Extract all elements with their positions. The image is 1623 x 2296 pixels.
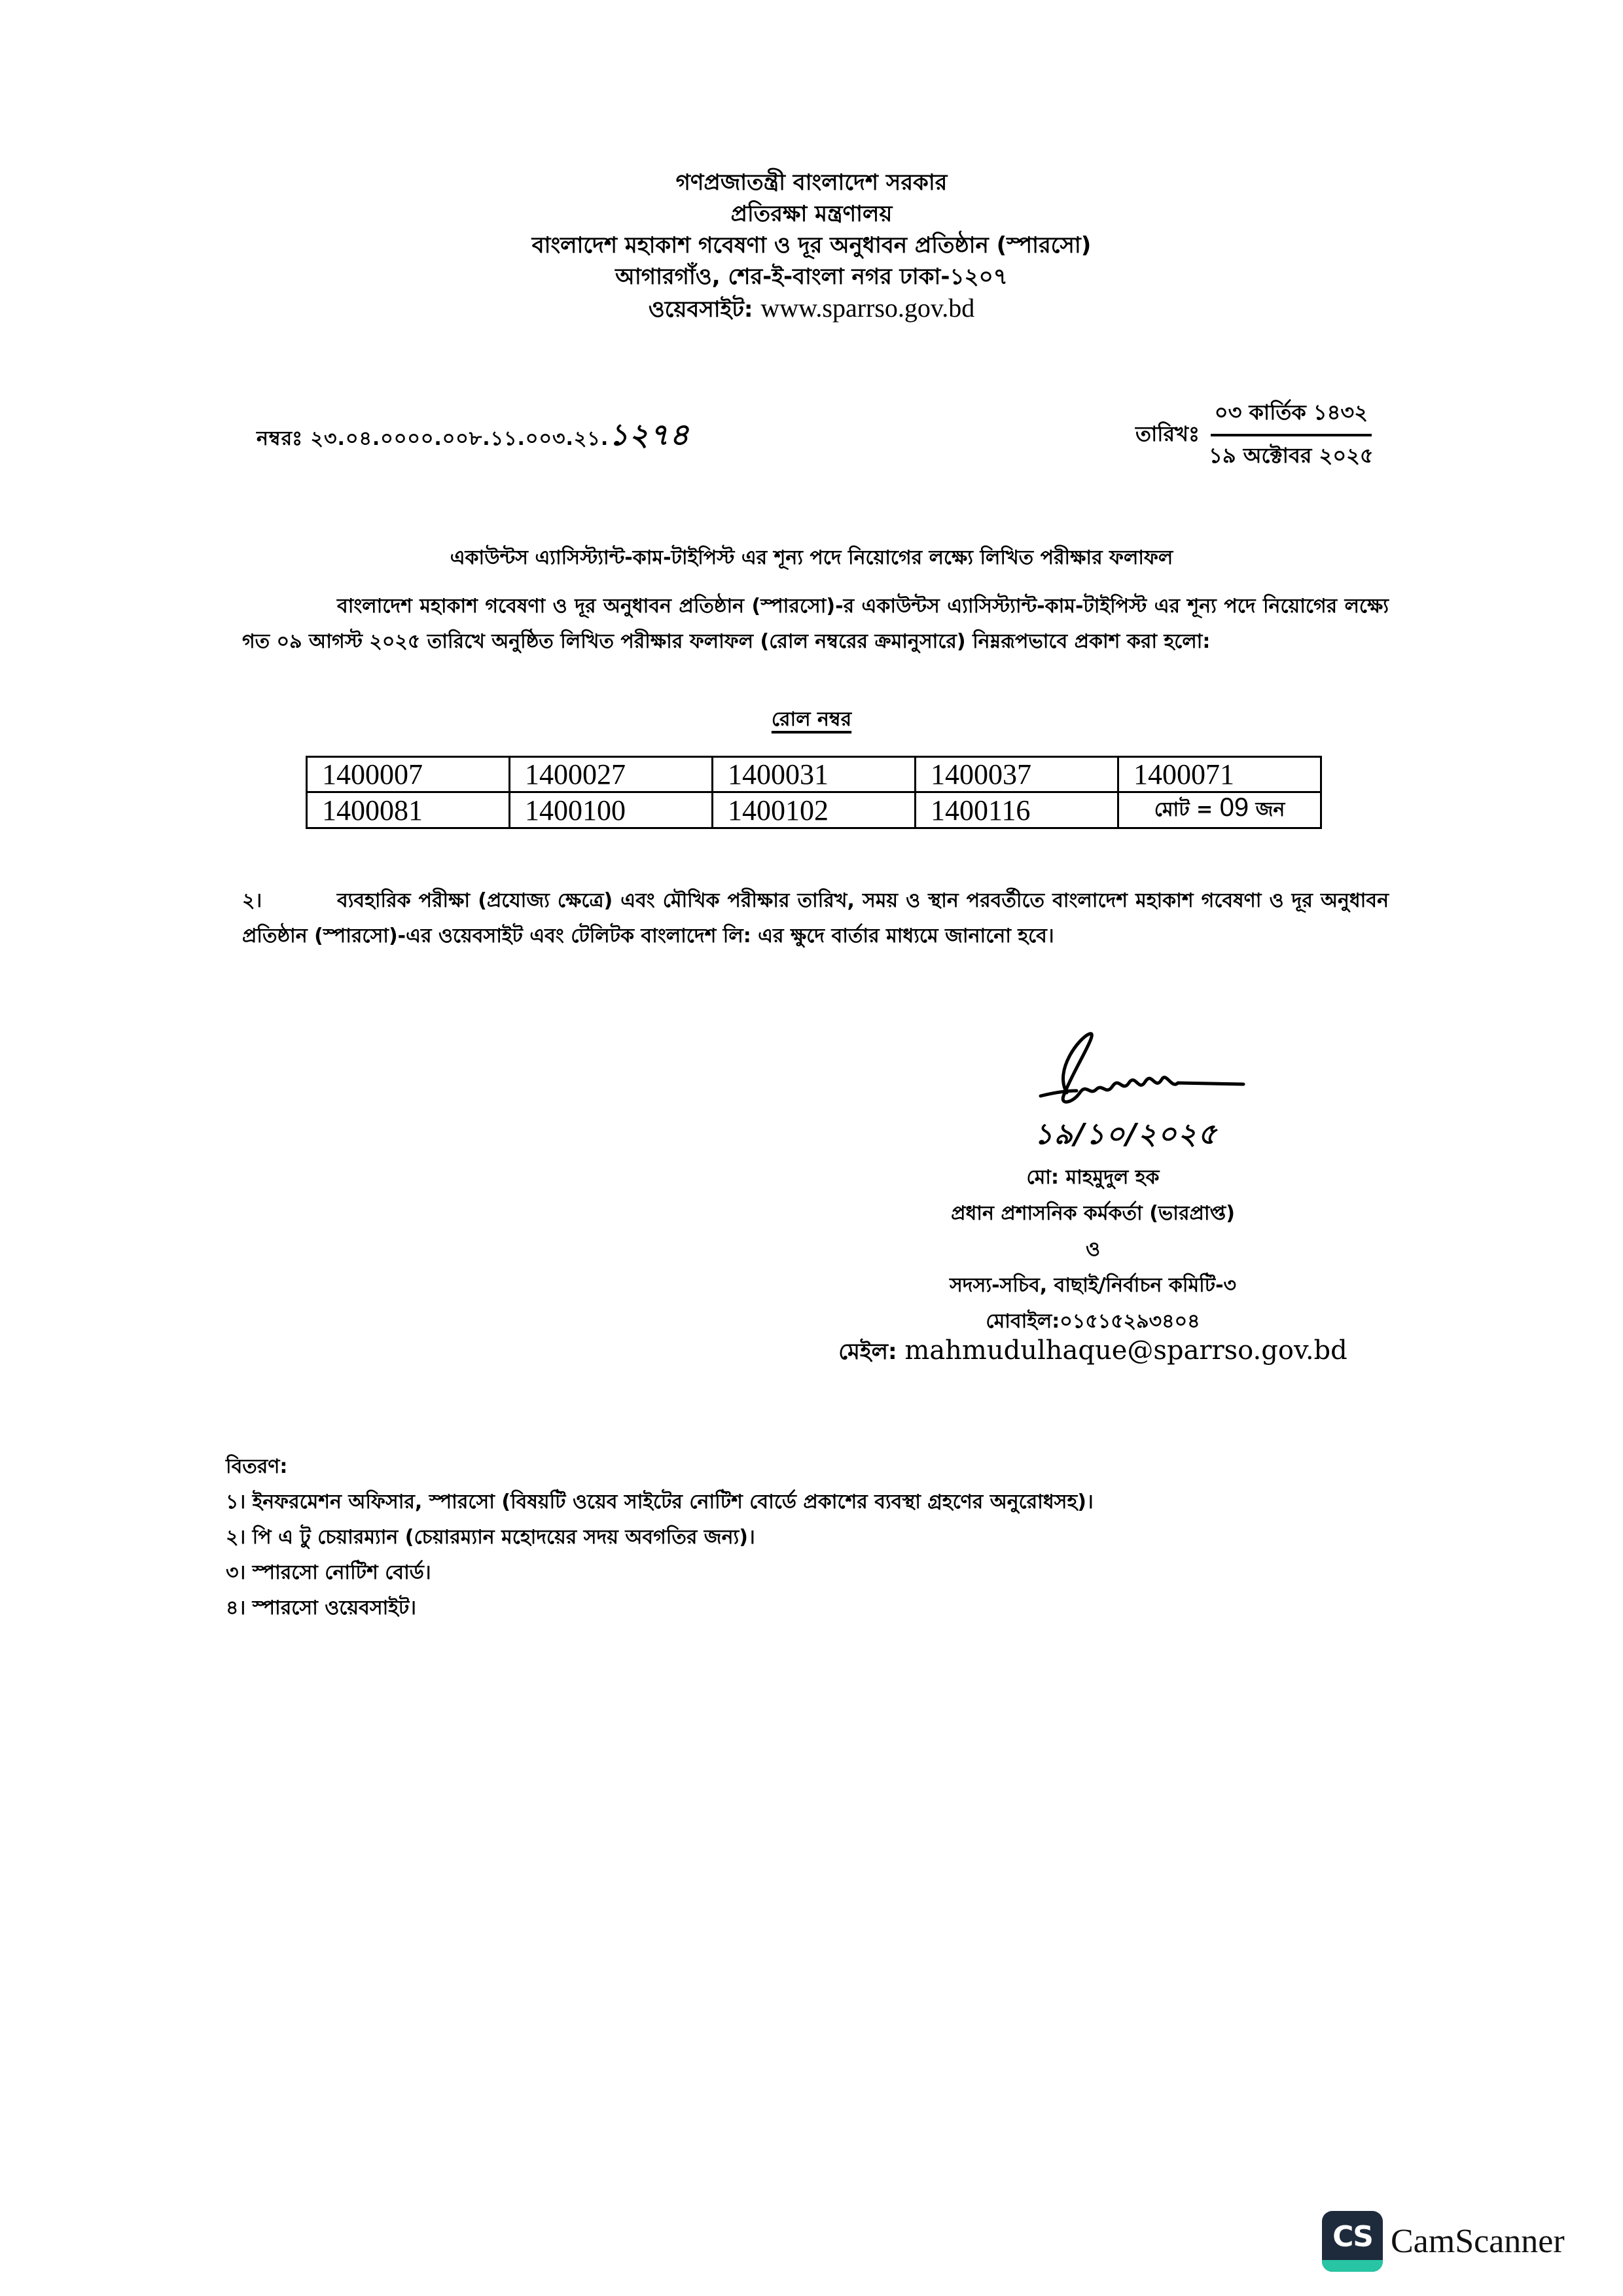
memo-label: নম্বরঃ — [257, 427, 303, 450]
camscanner-watermark: CS CamScanner — [1322, 2211, 1565, 2272]
roll-number-table: 1400007140002714000311400037140007114000… — [306, 756, 1322, 829]
distribution-heading: বিতরণ: — [226, 1449, 1094, 1485]
memo-handwritten-suffix: ১২৭৪ — [609, 417, 690, 452]
paragraph-2-text: ব্যবহারিক পরীক্ষা (প্রযোজ্য ক্ষেত্রে) এব… — [242, 889, 1389, 947]
website-link[interactable]: www.sparrso.gov.bd — [760, 293, 974, 323]
distribution-item: ৪। স্পারসো ওয়েবসাইট। — [226, 1591, 1094, 1626]
organization-address: আগারগাঁও, শের-ই-বাংলা নগর ঢাকা-১২০৭ — [0, 261, 1623, 292]
roll-number-cell: 1400116 — [916, 792, 1118, 828]
memo-number-value: ২৩.০৪.০০০০.০০৮.১১.০০৩.২১. — [311, 427, 609, 450]
signatory-mobile: মোবাইল:০১৫১৫২৯৩৪০৪ — [811, 1305, 1374, 1339]
camscanner-name: CamScanner — [1391, 2222, 1565, 2261]
table-row: 14000071400027140003114000371400071 — [307, 757, 1321, 792]
distribution-list: বিতরণ: ১। ইনফরমেশন অফিসার, স্পারসো (বিষয… — [226, 1449, 1094, 1626]
notice-title: একাউন্টস এ্যাসিস্ট্যান্ট-কাম-টাইপিস্ট এর… — [0, 542, 1623, 575]
camscanner-logo-icon: CS — [1322, 2211, 1383, 2272]
signatory-name: মো: মাহমুদুল হক — [811, 1161, 1374, 1195]
roll-number-cell: 1400027 — [510, 757, 713, 792]
distribution-item: ২। পি এ টু চেয়ারম্যান (চেয়ারম্যান মহোদ… — [226, 1520, 1094, 1555]
roll-number-cell: 1400007 — [307, 757, 510, 792]
memo-number: নম্বরঃ ২৩.০৪.০০০০.০০৮.১১.০০৩.২১.১২৭৪ — [257, 412, 690, 462]
signatory-conjunction: ও — [811, 1233, 1374, 1267]
table-row: 1400081140010014001021400116মোট = 09 জন — [307, 792, 1321, 828]
total-count-cell: মোট = 09 জন — [1118, 792, 1321, 828]
distribution-item: ৩। স্পারসো নোটিশ বোর্ড। — [226, 1555, 1094, 1591]
intro-paragraph: বাংলাদেশ মহাকাশ গবেষণা ও দূর অনুধাবন প্র… — [242, 589, 1389, 660]
roll-number-cell: 1400100 — [510, 792, 713, 828]
roll-number-heading: রোল নম্বর — [0, 703, 1623, 737]
date-english: ১৯ অক্টোবর ২০২৫ — [1209, 436, 1374, 474]
distribution-item: ১। ইনফরমেশন অফিসার, স্পারসো (বিষয়টি ওয়… — [226, 1485, 1094, 1520]
ministry-name: প্রতিরক্ষা মন্ত্রণালয় — [0, 198, 1623, 230]
roll-number-cell: 1400102 — [713, 792, 916, 828]
roll-number-cell: 1400071 — [1118, 757, 1321, 792]
website-line: ওয়েবসাইট: www.sparrso.gov.bd — [0, 292, 1623, 325]
roll-number-cell: 1400037 — [916, 757, 1118, 792]
mail-address[interactable]: mahmudulhaque@sparrso.gov.bd — [904, 1335, 1347, 1366]
date-label: তারিখঃ — [1135, 417, 1200, 453]
total-label: মোট = — [1154, 798, 1213, 821]
roll-number-heading-text: রোল নম্বর — [772, 708, 851, 731]
notice-paragraph-2: ২।ব্যবহারিক পরীক্ষা (প্রযোজ্য ক্ষেত্রে) … — [242, 883, 1389, 954]
govt-name: গণপ্রজাতন্ত্রী বাংলাদেশ সরকার — [0, 167, 1623, 198]
signatory-committee-role: সদস্য-সচিব, বাছাই/নির্বাচন কমিটি-৩ — [811, 1269, 1374, 1303]
organization-name: বাংলাদেশ মহাকাশ গবেষণা ও দূর অনুধাবন প্র… — [0, 230, 1623, 261]
mail-label: মেইল: — [838, 1339, 897, 1365]
camscanner-logo-text: CS — [1322, 2220, 1383, 2253]
date-bangla: ০৩ কার্তিক ১৪৩২ — [1211, 396, 1372, 436]
signatory-designation: প্রধান প্রশাসনিক কর্মকর্তা (ভারপ্রাপ্ত) — [811, 1197, 1374, 1231]
total-value: 09 — [1220, 793, 1249, 822]
date-block: তারিখঃ ০৩ কার্তিক ১৪৩২ ১৯ অক্টোবর ২০২৫ — [1135, 396, 1374, 474]
roll-number-cell: 1400081 — [307, 792, 510, 828]
date-fraction: ০৩ কার্তিক ১৪৩২ ১৯ অক্টোবর ২০২৫ — [1209, 396, 1374, 474]
website-label: ওয়েবসাইট: — [649, 296, 753, 323]
signatory-mail: মেইল: mahmudulhaque@sparrso.gov.bd — [811, 1335, 1374, 1372]
paragraph-number: ২। — [242, 883, 337, 919]
camscanner-logo-accent — [1322, 2260, 1383, 2272]
signature-date: ১৯/১০/২০২৫ — [1034, 1112, 1218, 1160]
total-unit: জন — [1256, 798, 1285, 821]
roll-number-cell: 1400031 — [713, 757, 916, 792]
